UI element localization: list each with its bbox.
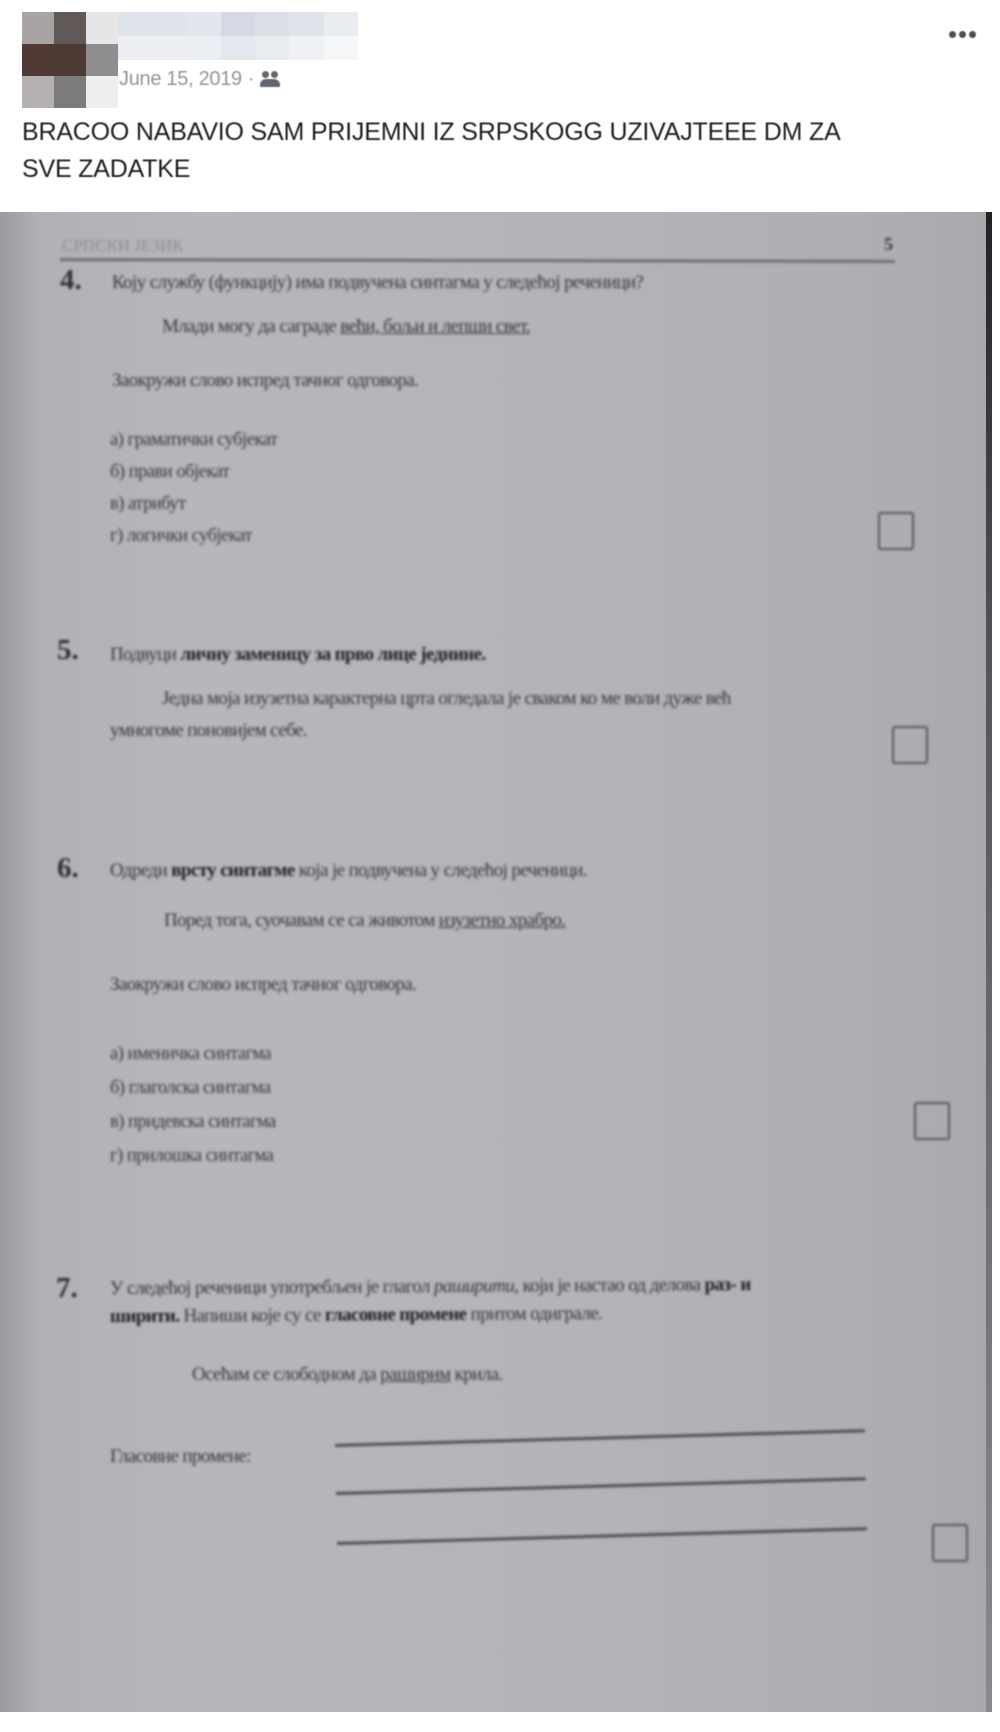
redaction-pixel <box>22 76 54 108</box>
exam-page: СРПСКИ ЈЕЗИК 5 4. Коју службу (функцију)… <box>0 212 992 1712</box>
prompt-text: Одреди <box>110 860 171 881</box>
question-number: 7. <box>56 1272 78 1305</box>
running-head: СРПСКИ ЈЕЗИК <box>62 236 184 256</box>
answer-box <box>932 1524 968 1562</box>
redaction-pixel <box>54 76 86 108</box>
redaction-pixel <box>221 12 255 36</box>
post-footer-space <box>0 1712 1000 1732</box>
prompt-bold: раз- и <box>704 1274 750 1295</box>
redaction-pixel <box>152 12 186 36</box>
redaction-pixel <box>22 12 54 44</box>
option: а) граматички субјекат <box>110 430 277 451</box>
post-text-line: BRACOO NABAVIO SAM PRIJEMNI IZ SRPSKOGG … <box>22 114 972 151</box>
header-rule <box>60 258 895 263</box>
option: в) придевска синтагма <box>110 1112 276 1133</box>
option: а) именичка синтагма <box>110 1044 271 1065</box>
post-text-line: SVE ZADATKE <box>22 151 972 188</box>
redaction-pixel <box>324 12 358 36</box>
option: б) глаголска синтагма <box>110 1078 271 1099</box>
example-text: Осећам се слободном да <box>192 1364 380 1385</box>
option: г) прилошка синтагма <box>110 1146 273 1167</box>
prompt-text: која је подвучена у следећој реченици. <box>295 860 587 881</box>
example-text: крила. <box>450 1364 502 1385</box>
prompt-text: , који је настао од делова <box>514 1274 704 1296</box>
example-text: Поред тога, суочавам се са животом <box>164 910 439 931</box>
example-sentence: Осећам се слободном да раширим крила. <box>192 1364 503 1386</box>
redaction-pixel <box>86 76 118 108</box>
redaction-pixel <box>86 44 118 76</box>
redaction-pixel <box>187 12 221 36</box>
question-prompt: Коју службу (функцију) има подвучена син… <box>112 272 643 294</box>
answer-box <box>878 512 914 550</box>
example-sentence: Једна моја изузетна карактерна црта огле… <box>162 688 731 710</box>
redaction-pixel <box>255 12 289 36</box>
underlined-phrase: изузетно храбро. <box>439 910 566 931</box>
prompt-text: У следећој реченици употребљен је глагол <box>110 1276 434 1299</box>
prompt-bold: врсту синтагме <box>171 860 294 881</box>
prompt-italic: раширити <box>434 1276 514 1297</box>
answer-line <box>337 1527 867 1545</box>
redaction-pixel <box>289 36 323 60</box>
question-prompt-line2: ширити. Напиши које су се гласовне проме… <box>110 1303 602 1328</box>
prompt-text: притом одиграле. <box>466 1303 602 1325</box>
question-prompt: Одреди врсту синтагме која је подвучена … <box>110 860 587 882</box>
option: г) логички субјекат <box>110 526 252 547</box>
example-sentence: Млади могу да саграде већи, бољи и лепши… <box>162 316 530 338</box>
friends-icon[interactable] <box>260 70 282 88</box>
question-number: 6. <box>57 852 79 885</box>
answer-label: Гласовне промене: <box>110 1446 251 1468</box>
question-number: 4. <box>60 264 82 297</box>
question-prompt: У следећој реченици употребљен је глагол… <box>110 1274 751 1300</box>
option: б) прави објекат <box>110 462 229 483</box>
meta-separator: · <box>248 68 254 91</box>
post-date[interactable]: June 15, 2019 <box>119 68 242 91</box>
redaction-pixel <box>22 44 54 76</box>
redaction-pixel <box>152 36 186 60</box>
redaction-pixel <box>54 44 86 76</box>
underlined-phrase: већи, бољи и лепши свет. <box>340 316 530 337</box>
prompt-bold: ширити. <box>110 1306 179 1327</box>
post-photo-exam-page[interactable]: СРПСКИ ЈЕЗИК 5 4. Коју службу (функцију)… <box>0 212 992 1712</box>
author-name-redacted[interactable] <box>118 12 358 60</box>
question-prompt: Подвуци личну заменицу за прво лице једн… <box>110 644 486 666</box>
example-text: Млади могу да саграде <box>162 316 340 337</box>
redaction-pixel <box>221 36 255 60</box>
example-sentence: Поред тога, суочавам се са животом изузе… <box>164 910 565 932</box>
prompt-text: Напиши које су се <box>179 1305 325 1327</box>
post-header: June 15, 2019 · BRACOO NABAVIO SAM PRIJE… <box>0 0 1000 212</box>
page-number: 5 <box>884 234 893 255</box>
instruction: Заокружи слово испред тачног одговора. <box>112 370 418 392</box>
author-avatar-redacted[interactable] <box>22 12 118 108</box>
instruction: Заокружи слово испред тачног одговора. <box>110 974 416 996</box>
redaction-pixel <box>187 36 221 60</box>
post-text: BRACOO NABAVIO SAM PRIJEMNI IZ SRPSKOGG … <box>22 114 972 188</box>
more-options-icon[interactable] <box>940 22 984 46</box>
prompt-text: Подвуци <box>110 644 180 665</box>
redaction-pixel <box>118 36 152 60</box>
prompt-bold: личну заменицу за прво лице једнине. <box>180 644 485 665</box>
redaction-pixel <box>255 36 289 60</box>
underlined-word: раширим <box>380 1364 450 1385</box>
redaction-pixel <box>324 36 358 60</box>
answer-box <box>914 1102 950 1140</box>
example-sentence: умногоме поновијем себе. <box>110 720 307 742</box>
answer-line <box>336 1477 866 1495</box>
redaction-pixel <box>118 12 152 36</box>
prompt-bold: гласовне промене <box>325 1304 467 1326</box>
redaction-pixel <box>289 12 323 36</box>
answer-line <box>335 1429 865 1447</box>
post-meta: June 15, 2019 · <box>119 64 282 94</box>
redaction-pixel <box>86 12 118 44</box>
option: в) атрибут <box>110 494 186 515</box>
redaction-pixel <box>54 12 86 44</box>
question-number: 5. <box>57 634 79 667</box>
answer-box <box>892 726 928 764</box>
